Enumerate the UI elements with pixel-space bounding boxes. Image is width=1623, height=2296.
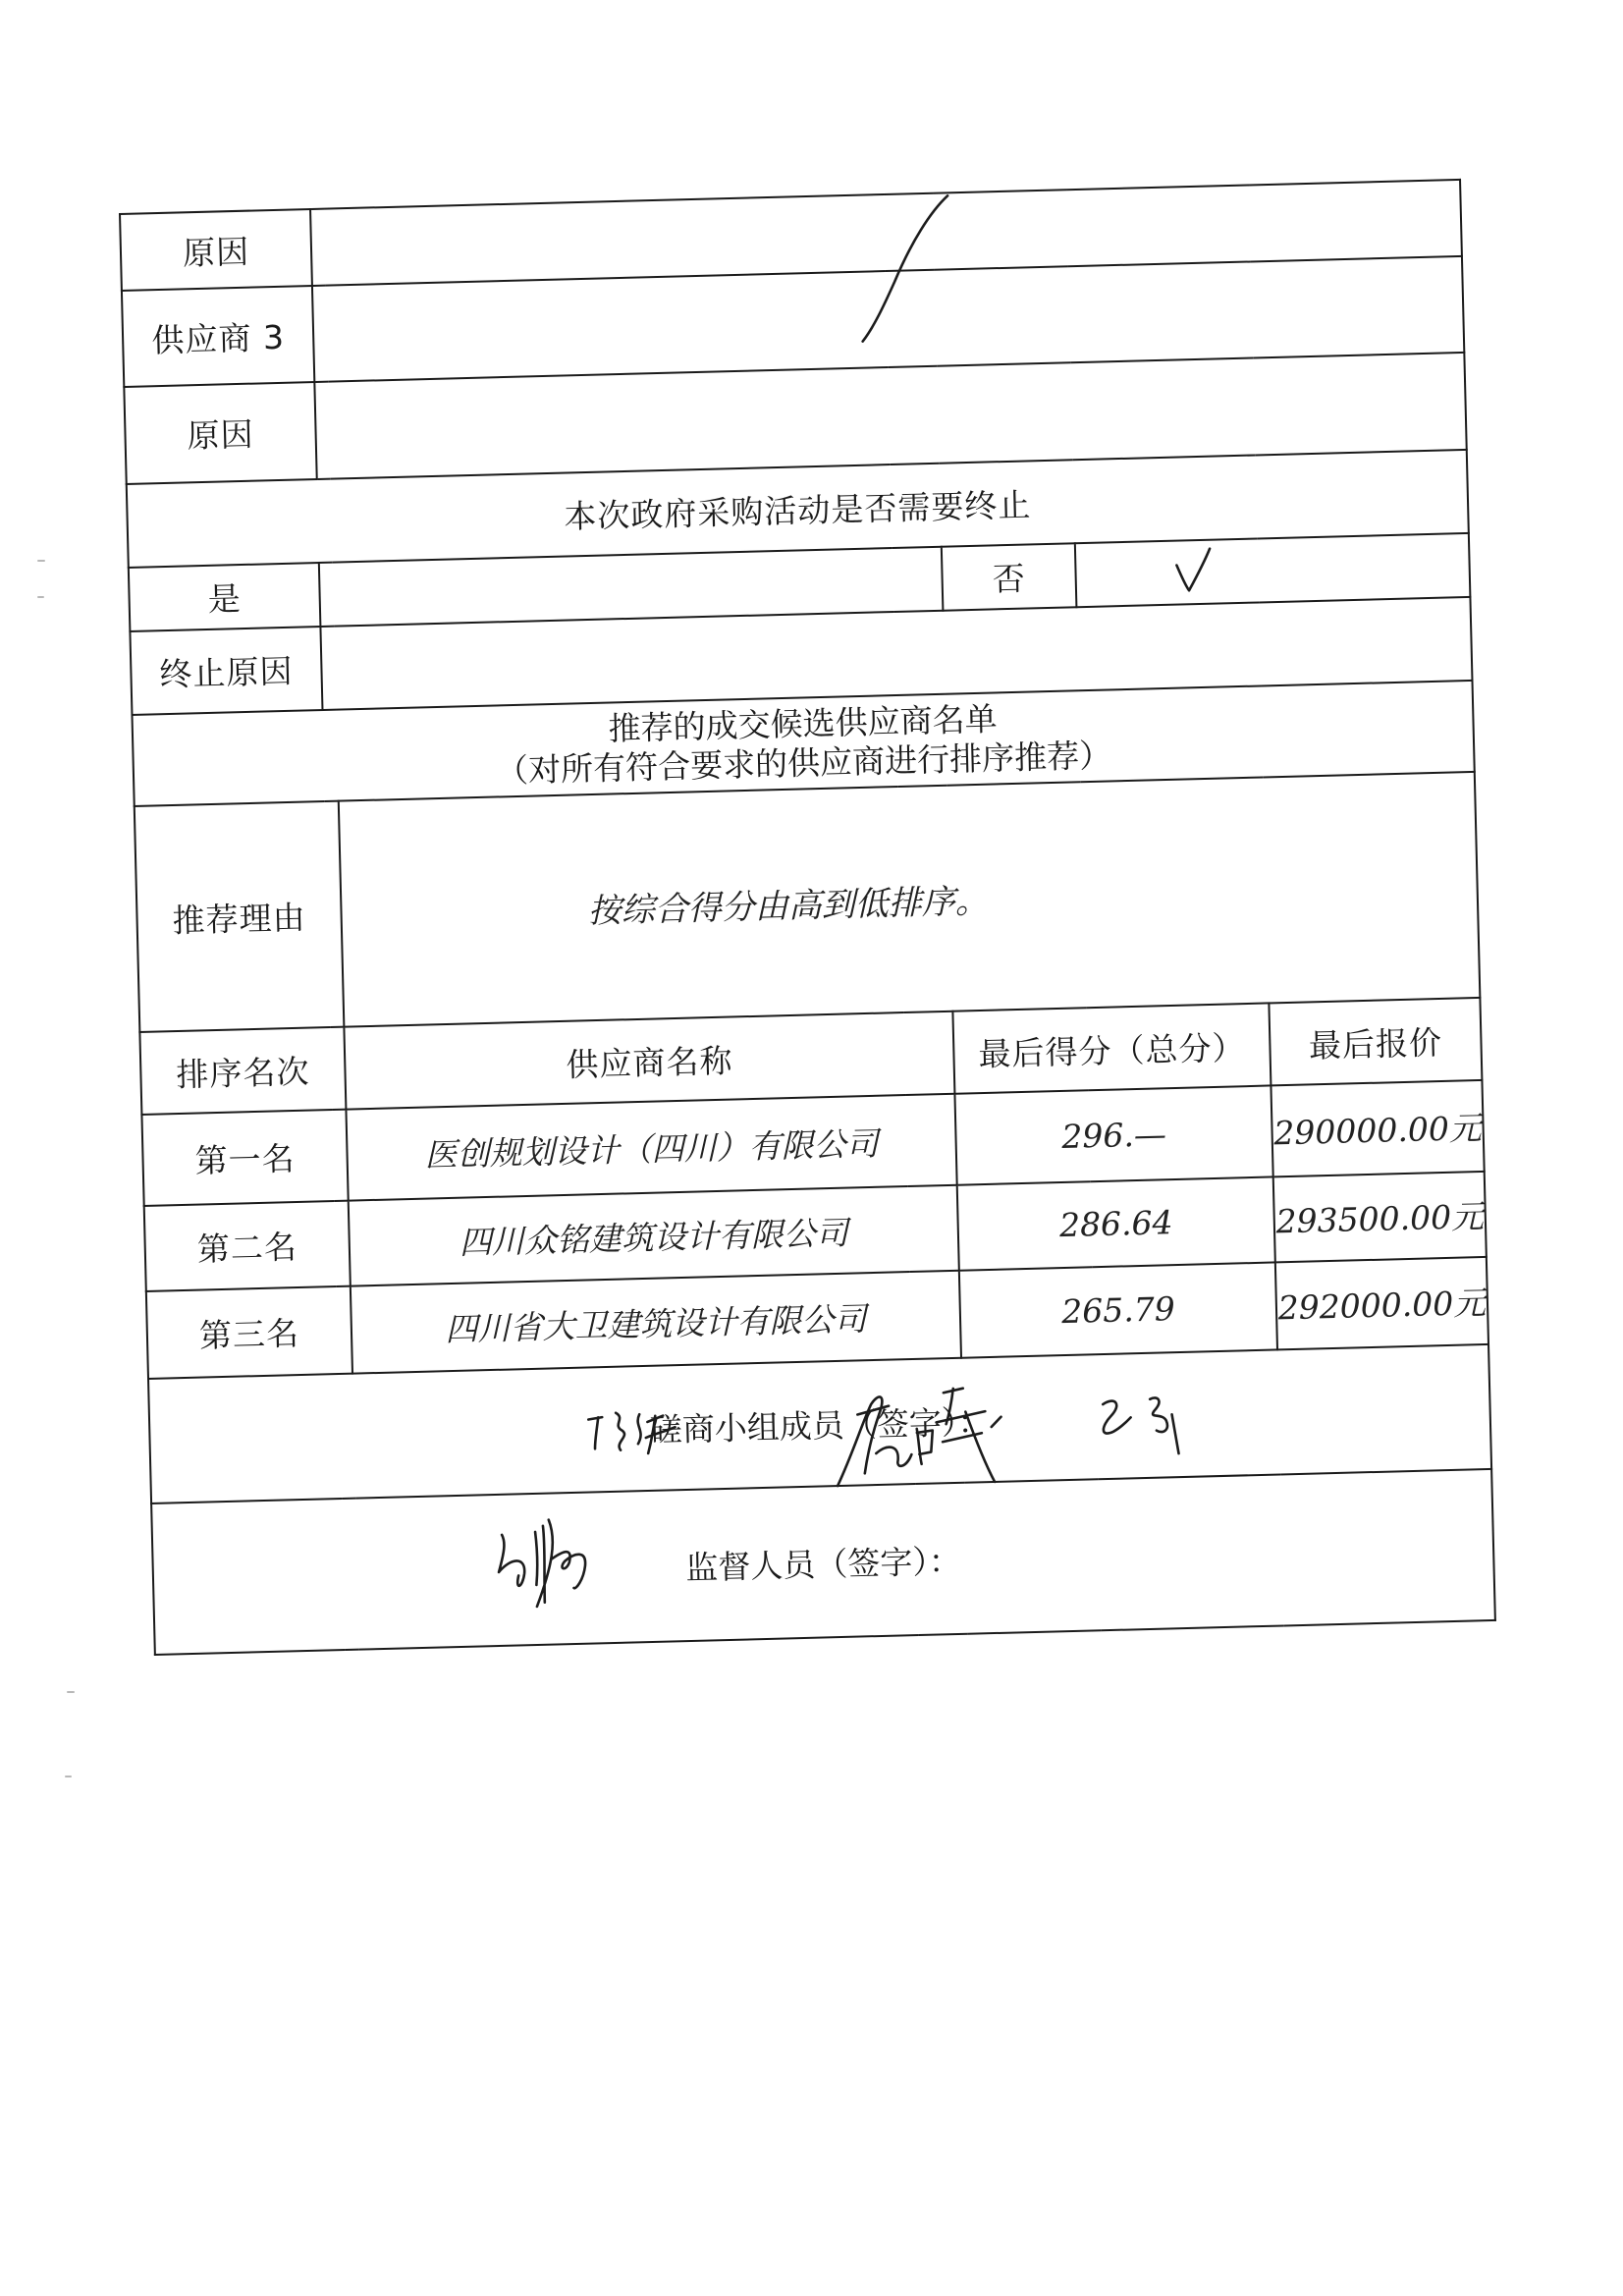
supplier-name-cell[interactable]: 四川省大卫建筑设计有限公司: [351, 1271, 961, 1374]
column-header-supplier: 供应商名称: [344, 1011, 954, 1110]
recommendation-reason-label: 推荐理由: [135, 801, 345, 1032]
column-header-price: 最后报价: [1269, 998, 1482, 1086]
price-cell[interactable]: 290000.00元: [1271, 1080, 1484, 1177]
reason-label: 原因: [124, 382, 316, 484]
termination-reason-label: 终止原因: [130, 627, 322, 715]
price-cell[interactable]: 292000.00元: [1275, 1257, 1488, 1350]
recommendation-reason-row: 推荐理由 按综合得分由高到低排序。: [135, 772, 1481, 1032]
scan-speck: [37, 560, 45, 562]
no-value-cell[interactable]: [1075, 533, 1471, 607]
scan-speck: [37, 596, 44, 598]
checkmark-icon: [1170, 546, 1230, 597]
rank-cell: 第三名: [146, 1286, 352, 1379]
score-cell[interactable]: 286.64: [957, 1176, 1275, 1270]
score-cell[interactable]: 296.—: [954, 1085, 1272, 1184]
column-header-rank: 排序名次: [139, 1027, 346, 1115]
committee-signature-1: [582, 1403, 701, 1465]
scan-speck: [65, 1776, 72, 1777]
supplier3-label: 供应商 3: [122, 286, 314, 387]
price-cell[interactable]: 293500.00元: [1273, 1172, 1487, 1263]
rank-cell: 第二名: [144, 1201, 351, 1291]
rank-cell: 第一名: [141, 1110, 348, 1206]
reason-label: 原因: [120, 209, 312, 291]
supervisor-signature: [492, 1509, 652, 1621]
committee-signature-2: [827, 1371, 1026, 1494]
column-header-score: 最后得分（总分）: [952, 1003, 1271, 1093]
supplier-name-cell[interactable]: 四川众铭建筑设计有限公司: [349, 1185, 959, 1286]
procurement-form-page: 原因 供应商 3 原因 本次政府采购活动是否需要终止 是 否 终止原因: [119, 179, 1494, 1654]
recommendation-reason-value[interactable]: 按综合得分由高到低排序。: [339, 772, 1481, 1027]
supplier-name-cell[interactable]: 医创规划设计（四川）有限公司: [346, 1094, 956, 1201]
yes-label: 是: [129, 563, 321, 631]
no-label: 否: [942, 543, 1077, 610]
score-cell[interactable]: 265.79: [959, 1262, 1277, 1357]
scan-speck: [67, 1691, 75, 1693]
procurement-form-table: 原因 供应商 3 原因 本次政府采购活动是否需要终止 是 否 终止原因: [119, 179, 1496, 1656]
supervisor-signature-label: 监督人员（签字）：: [685, 1541, 961, 1586]
committee-signature-3: [1093, 1390, 1203, 1461]
